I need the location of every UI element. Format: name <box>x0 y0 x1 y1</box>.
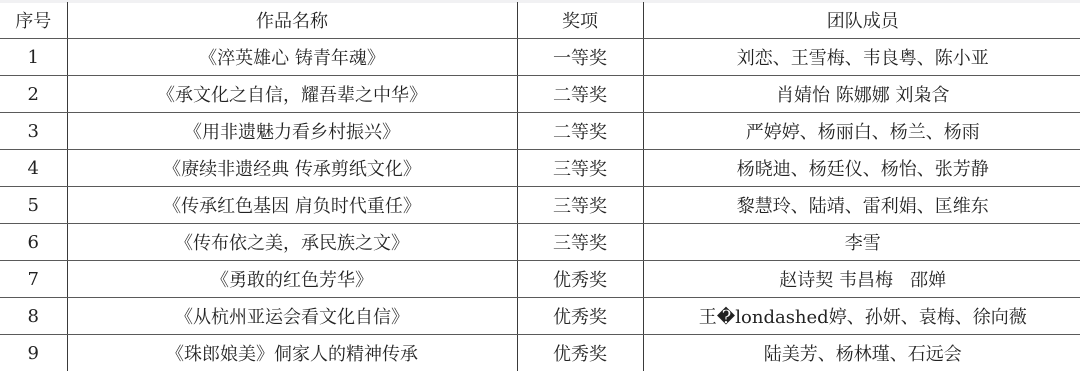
cell-award: 三等奖 <box>517 150 643 187</box>
cell-members: 严婷婷、杨丽白、杨兰、杨雨 <box>643 113 1080 150</box>
cell-title: 《赓续非遗经典 传承剪纸文化》 <box>67 150 517 187</box>
cell-award: 优秀奖 <box>517 335 643 371</box>
cell-title: 《勇敢的红色芳华》 <box>67 261 517 298</box>
header-award: 奖项 <box>517 2 643 39</box>
table-row: 9 《珠郎娘美》侗家人的精神传承 优秀奖 陆美芳、杨林瑾、石远会 <box>0 335 1080 371</box>
cell-no: 9 <box>0 335 67 371</box>
header-members: 团队成员 <box>643 2 1080 39</box>
cell-title: 《珠郎娘美》侗家人的精神传承 <box>67 335 517 371</box>
cell-no: 4 <box>0 150 67 187</box>
cell-no: 7 <box>0 261 67 298</box>
cell-award: 一等奖 <box>517 39 643 76</box>
cell-award: 二等奖 <box>517 76 643 113</box>
header-row: 序号 作品名称 奖项 团队成员 <box>0 2 1080 39</box>
cell-members: 肖婧怡 陈娜娜 刘枭含 <box>643 76 1080 113</box>
cell-members: 王�londashed婷、孙妍、袁梅、徐向薇 <box>643 298 1080 335</box>
table-row: 8 《从杭州亚运会看文化自信》 优秀奖 王�londashed婷、孙妍、袁梅、徐… <box>0 298 1080 335</box>
cell-members: 赵诗契 韦昌梅 邵婵 <box>643 261 1080 298</box>
table-row: 5 《传承红色基因 肩负时代重任》 三等奖 黎慧玲、陆靖、雷利娟、匡维东 <box>0 187 1080 224</box>
cell-title: 《传承红色基因 肩负时代重任》 <box>67 187 517 224</box>
awards-table: 序号 作品名称 奖项 团队成员 1 《淬英雄心 铸青年魂》 一等奖 刘恋、王雪梅… <box>0 2 1080 371</box>
table-row: 6 《传布依之美，承民族之文》 三等奖 李雪 <box>0 224 1080 261</box>
cell-award: 二等奖 <box>517 113 643 150</box>
cell-title: 《用非遗魅力看乡村振兴》 <box>67 113 517 150</box>
cell-no: 3 <box>0 113 67 150</box>
cell-no: 6 <box>0 224 67 261</box>
table-row: 3 《用非遗魅力看乡村振兴》 二等奖 严婷婷、杨丽白、杨兰、杨雨 <box>0 113 1080 150</box>
cell-members: 黎慧玲、陆靖、雷利娟、匡维东 <box>643 187 1080 224</box>
cell-award: 三等奖 <box>517 187 643 224</box>
cell-members: 杨晓迪、杨廷仪、杨怡、张芳静 <box>643 150 1080 187</box>
cell-title: 《传布依之美，承民族之文》 <box>67 224 517 261</box>
cell-title: 《承文化之自信，耀吾辈之中华》 <box>67 76 517 113</box>
cell-no: 8 <box>0 298 67 335</box>
cell-members: 陆美芳、杨林瑾、石远会 <box>643 335 1080 371</box>
header-title: 作品名称 <box>67 2 517 39</box>
table-row: 1 《淬英雄心 铸青年魂》 一等奖 刘恋、王雪梅、韦良粤、陈小亚 <box>0 39 1080 76</box>
cell-no: 5 <box>0 187 67 224</box>
table-row: 4 《赓续非遗经典 传承剪纸文化》 三等奖 杨晓迪、杨廷仪、杨怡、张芳静 <box>0 150 1080 187</box>
cell-title: 《从杭州亚运会看文化自信》 <box>67 298 517 335</box>
cell-award: 三等奖 <box>517 224 643 261</box>
cell-award: 优秀奖 <box>517 261 643 298</box>
header-no: 序号 <box>0 2 67 39</box>
cell-no: 1 <box>0 39 67 76</box>
cell-title: 《淬英雄心 铸青年魂》 <box>67 39 517 76</box>
table-row: 7 《勇敢的红色芳华》 优秀奖 赵诗契 韦昌梅 邵婵 <box>0 261 1080 298</box>
cell-members: 李雪 <box>643 224 1080 261</box>
cell-award: 优秀奖 <box>517 298 643 335</box>
table-row: 2 《承文化之自信，耀吾辈之中华》 二等奖 肖婧怡 陈娜娜 刘枭含 <box>0 76 1080 113</box>
cell-members: 刘恋、王雪梅、韦良粤、陈小亚 <box>643 39 1080 76</box>
cell-no: 2 <box>0 76 67 113</box>
